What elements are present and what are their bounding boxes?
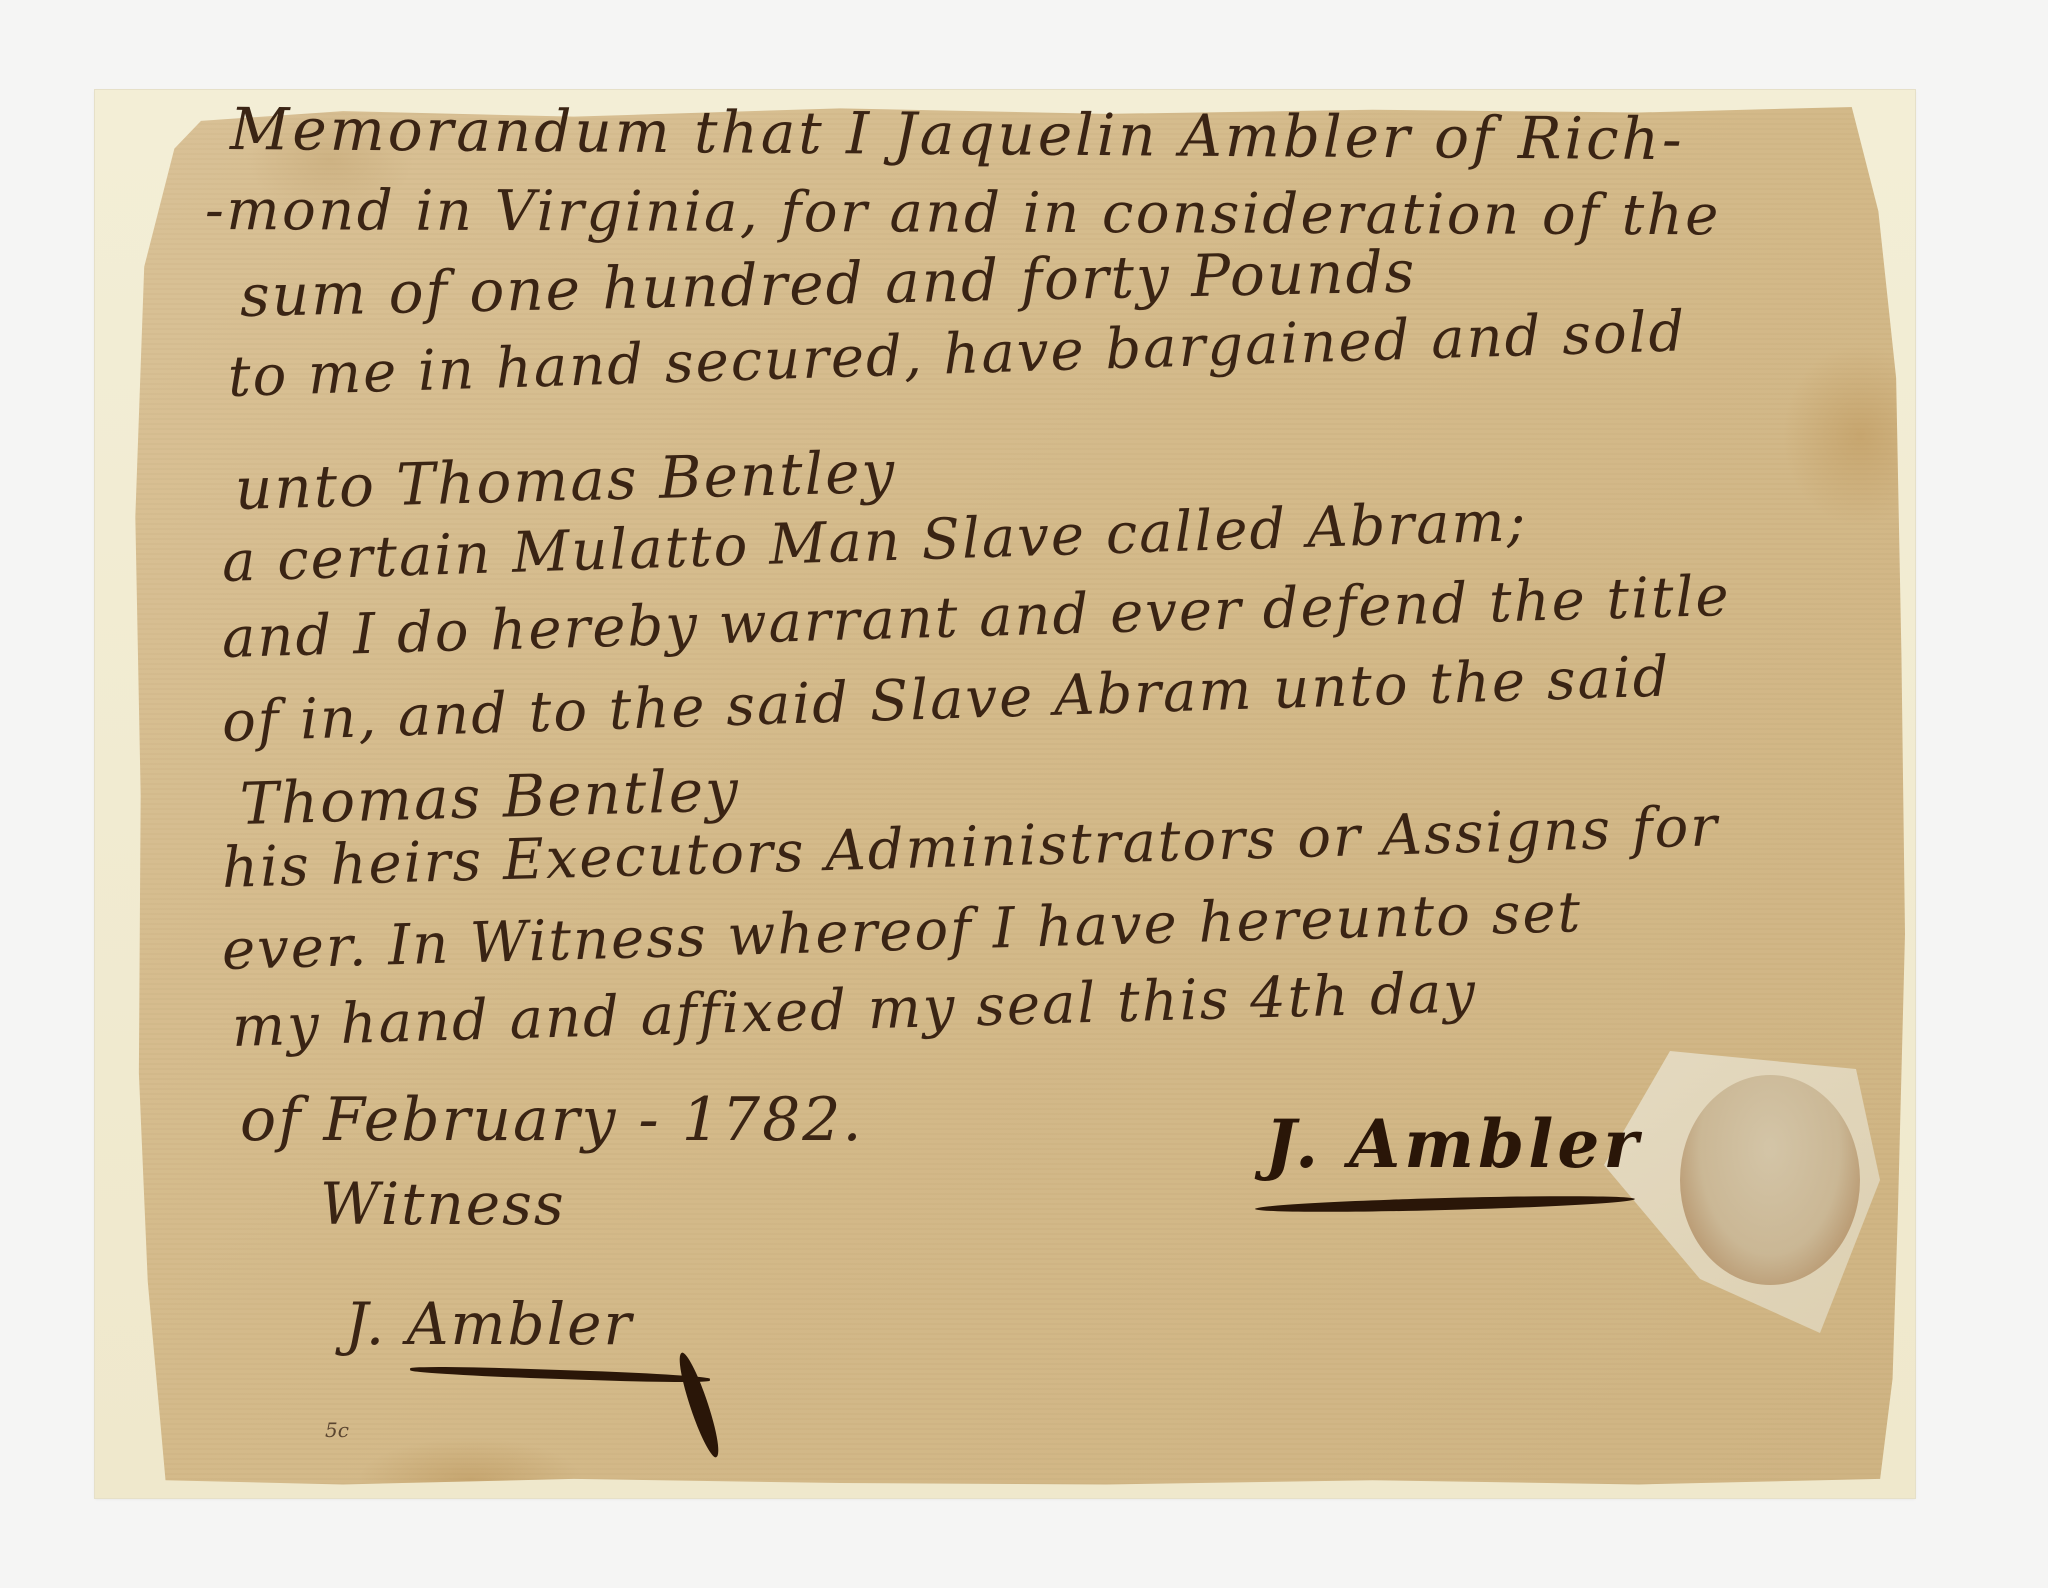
witness-signature: J. Ambler: [345, 1290, 633, 1358]
document-line-1: Memorandum that I Jaquelin Ambler of Ric…: [230, 95, 1685, 173]
document-line-13: of February - 1782.: [240, 1085, 864, 1155]
document-line-2: -mond in Virginia, for and in considerat…: [205, 178, 1721, 248]
witness-label: Witness: [320, 1170, 566, 1238]
principal-signature: J. Ambler: [1265, 1105, 1642, 1183]
margin-note: 5c: [325, 1418, 349, 1442]
wax-seal-icon: [1680, 1075, 1860, 1285]
